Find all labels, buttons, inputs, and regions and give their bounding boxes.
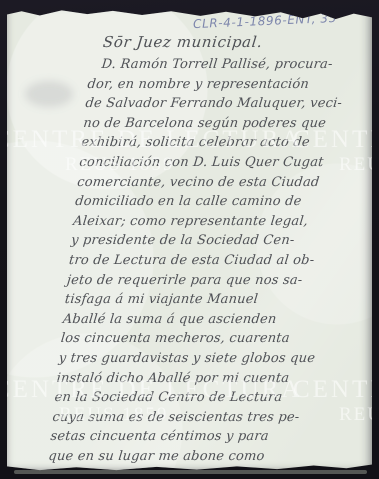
manuscript-line: de Salvador Ferrando Maluquer, veci- bbox=[84, 94, 372, 114]
manuscript-line: Aleixar; como representante legal, bbox=[72, 212, 370, 232]
manuscript-line: exhibirá, solicita celebrar acto de bbox=[80, 133, 372, 153]
pencil-smudge bbox=[25, 81, 73, 107]
scanned-document-view: { "document": { "archival_code": "CLR-4-… bbox=[0, 0, 379, 479]
archival-reference-code: CLR-4-1-1896-ENT, 35 bbox=[193, 11, 337, 31]
manuscript-line: cuya suma es de seiscientas tres pe- bbox=[51, 408, 349, 428]
document-heading: Sōr Juez municipal. bbox=[102, 33, 263, 51]
manuscript-line: y presidente de la Sociedad Cen- bbox=[70, 231, 368, 251]
document-page: CLR-4-1-1896-ENT, 35 Sōr Juez municipal.… bbox=[7, 9, 372, 471]
manuscript-line: conciliación con D. Luis Quer Cugat bbox=[78, 153, 372, 173]
manuscript-line: tro de Lectura de esta Ciudad al ob- bbox=[68, 251, 366, 271]
manuscript-line: domiciliado en la calle camino de bbox=[74, 192, 372, 212]
manuscript-line: que en su lugar me abone como bbox=[47, 447, 345, 467]
manuscript-line: instaló dicho Aballé por mi cuenta bbox=[56, 369, 354, 389]
manuscript-line: dor, en nombre y representación bbox=[87, 75, 372, 95]
manuscript-line: jeto de requerirle para que nos sa- bbox=[66, 271, 364, 291]
manuscript-line: D. Ramón Torrell Pallisé, procura- bbox=[89, 55, 372, 75]
manuscript-line: y tres guardavistas y siete globos que bbox=[58, 349, 356, 369]
manuscript-line: en la Sociedad Centro de Lectura bbox=[54, 388, 352, 408]
manuscript-line: Aballé la suma á que ascienden bbox=[62, 310, 360, 330]
manuscript-line: tisfaga á mi viajante Manuel bbox=[64, 290, 362, 310]
underlying-page-edge bbox=[14, 470, 367, 474]
manuscript-line: setas cincuenta céntimos y para bbox=[49, 427, 347, 447]
manuscript-line: los cincuenta mecheros, cuarenta bbox=[60, 329, 358, 349]
manuscript-line: comerciante, vecino de esta Ciudad bbox=[76, 173, 372, 193]
manuscript-body: D. Ramón Torrell Pallisé, procura-dor, e… bbox=[47, 55, 372, 466]
manuscript-line: no de Barcelona según poderes que bbox=[82, 114, 372, 134]
